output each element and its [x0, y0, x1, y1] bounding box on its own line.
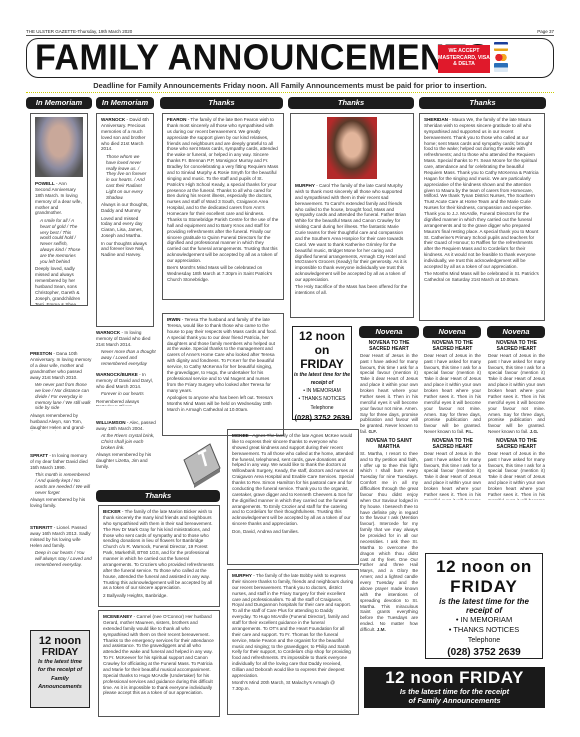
delta-card-icon [494, 63, 508, 72]
header-in-memoriam-2: In Memoriam [96, 97, 154, 109]
header-in-memoriam-1: In Memoriam [26, 97, 92, 109]
memoriam-notice-preston: PRESTON - Dana 10th Anniversary. In lovi… [30, 351, 92, 431]
deadline-ad-bottom: 12 noon FRIDAY Is the latest time for th… [364, 667, 545, 708]
novena-column-3: NOVENA TO THE SACRED HEART Dear Heart of… [488, 340, 545, 500]
mastercard-icon [494, 53, 508, 62]
header-novena-3: Novena [487, 326, 545, 338]
memoriam-notice-warnock-burke: WARNOCK/BURKE - In memory of David and D… [96, 372, 158, 406]
memoriam-notice-warnock-1: WARNOCK - David 6th Anniversary. Preciou… [96, 113, 154, 327]
thanks-notice-murphy-carol: MURPHY - Carol The family of the late Ca… [290, 113, 414, 318]
thanks-notice-mckee: MCKEE - Agnes The family of the late Agn… [227, 429, 359, 565]
memoriam-notice-sterritt: STERRITT - Lionel. Passed away 16th Marc… [30, 525, 92, 585]
thanks-notice-sheridan: SHERIDAN - Maura We, the family of the l… [419, 113, 545, 321]
header-thanks-1: Thanks [160, 97, 283, 109]
header-novena-2: Novena [423, 326, 481, 338]
page-banner: FAMILY ANNOUNCEMENTS WE ACCEPT MASTERCAR… [26, 38, 554, 78]
memoriam-notice-williamson: WILLIAMSON - Alec, passed away 18th Marc… [96, 420, 158, 470]
memoriam-notice-spratt: SPRATT - In loving memory of my dear fat… [30, 453, 92, 513]
page-title: FAMILY ANNOUNCEMENTS [35, 38, 490, 79]
header-thanks-3: Thanks [419, 97, 546, 109]
memoriam-notice-warnock-2: WARNOCK - In loving memory of David who … [96, 330, 158, 366]
novena-column-1: NOVENA TO THE SACRED HEART Dear Heart of… [360, 340, 418, 640]
header-thanks-2: Thanks [288, 97, 414, 109]
bible-icon [180, 440, 222, 488]
deadline-notice: Deadline for Family Announcements Friday… [26, 81, 554, 93]
thanks-notice-fearon: FEARON - The family of the late Ben Fear… [162, 113, 284, 300]
header-novena-1: Novena [359, 326, 419, 338]
memoriam-notice-powell: POWELL - Ann Second Anniversary 18th Mar… [30, 113, 88, 306]
portrait-photo-murphy [327, 117, 377, 179]
visa-card-icon [494, 42, 508, 51]
deadline-ad-medium-2: 12 noon on FRIDAY is the latest time for… [425, 553, 543, 659]
thanks-notice-irwin: IRWIN - Teresa The husband and family of… [162, 313, 284, 436]
masthead: THE ULSTER GAZETTE-Thursday, 19th March … [26, 29, 554, 36]
payment-cards [494, 42, 508, 74]
deadline-ad-medium-1: 12 noon on FRIDAY is the latest time for… [292, 326, 352, 420]
portrait-photo-powell [35, 117, 83, 177]
page-number: Page 37 [537, 29, 554, 34]
deadline-ad-small: 12 noon FRIDAY Is the latest time for th… [30, 630, 90, 708]
thanks-notice-bicker: BICKER - The family of the late Marion B… [98, 505, 220, 607]
header-thanks-4: Thanks [96, 490, 220, 502]
novena-column-2: NOVENA TO THE SACRED HEART Dear Heart of… [424, 340, 481, 500]
thanks-notice-mceneaney: MCENEANEY - Carmel (nee O'Connor) Her hu… [98, 610, 220, 717]
paper-dateline: THE ULSTER GAZETTE-Thursday, 19th March … [26, 29, 132, 34]
payment-accept-badge: WE ACCEPT MASTERCARD, VISA & DELTA [438, 45, 490, 73]
thanks-notice-murphy-bobby: MURPHY - The family of the late Bobby wi… [227, 569, 359, 715]
